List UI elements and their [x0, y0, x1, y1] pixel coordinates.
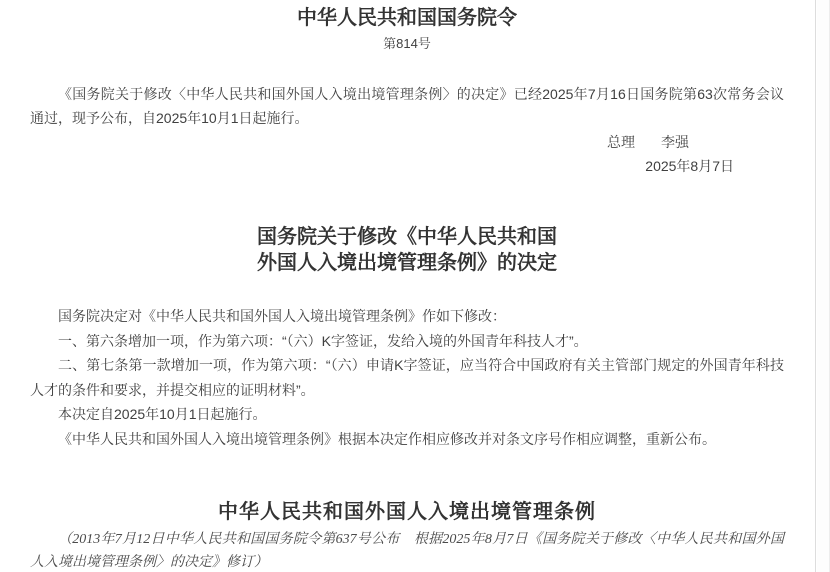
- decree-title: 中华人民共和国国务院令: [30, 0, 784, 31]
- decision-title-line2: 外国人入境出境管理条例》的决定: [30, 250, 784, 276]
- decree-body-paragraph: 《国务院关于修改〈中华人民共和国外国人入境出境管理条例〉的决定》已经2025年7…: [30, 82, 784, 130]
- signer-name: 李强: [661, 134, 689, 150]
- scrollbar-track[interactable]: [817, 0, 830, 572]
- signer-title: 总理: [607, 134, 635, 150]
- decision-title-line1: 国务院关于修改《中华人民共和国: [30, 224, 784, 250]
- decision-paragraph: 国务院决定对《中华人民共和国外国人入境出境管理条例》作如下修改：: [30, 304, 784, 329]
- decision-paragraph: 二、第七条第一款增加一项，作为第六项：“（六）申请K字签证，应当符合中国政府有关…: [30, 353, 784, 402]
- decision-paragraph: 一、第六条增加一项，作为第六项：“（六）K字签证，发给入境的外国青年科技人才”。: [30, 329, 784, 354]
- decision-title: 国务院关于修改《中华人民共和国 外国人入境出境管理条例》的决定: [30, 224, 784, 276]
- decree-number: 第814号: [30, 35, 784, 53]
- decision-body: 国务院决定对《中华人民共和国外国人入境出境管理条例》作如下修改： 一、第六条增加…: [30, 304, 784, 451]
- signature-date: 2025年8月7日: [30, 154, 784, 178]
- document-page: 中华人民共和国国务院令 第814号 《国务院关于修改〈中华人民共和国外国人入境出…: [0, 0, 830, 572]
- signature-line: 总理李强: [30, 130, 784, 154]
- decision-paragraph: 本决定自2025年10月1日起施行。: [30, 402, 784, 427]
- regulation-title: 中华人民共和国外国人入境出境管理条例: [30, 498, 784, 526]
- document-content-area: 中华人民共和国国务院令 第814号 《国务院关于修改〈中华人民共和国外国人入境出…: [0, 0, 816, 572]
- decision-paragraph: 《中华人民共和国外国人入境出境管理条例》根据本决定作相应修改并对条文序号作相应调…: [30, 427, 784, 452]
- regulation-revision-note: （2013年7月12日中华人民共和国国务院令第637号公布 根据2025年8月7…: [30, 528, 784, 572]
